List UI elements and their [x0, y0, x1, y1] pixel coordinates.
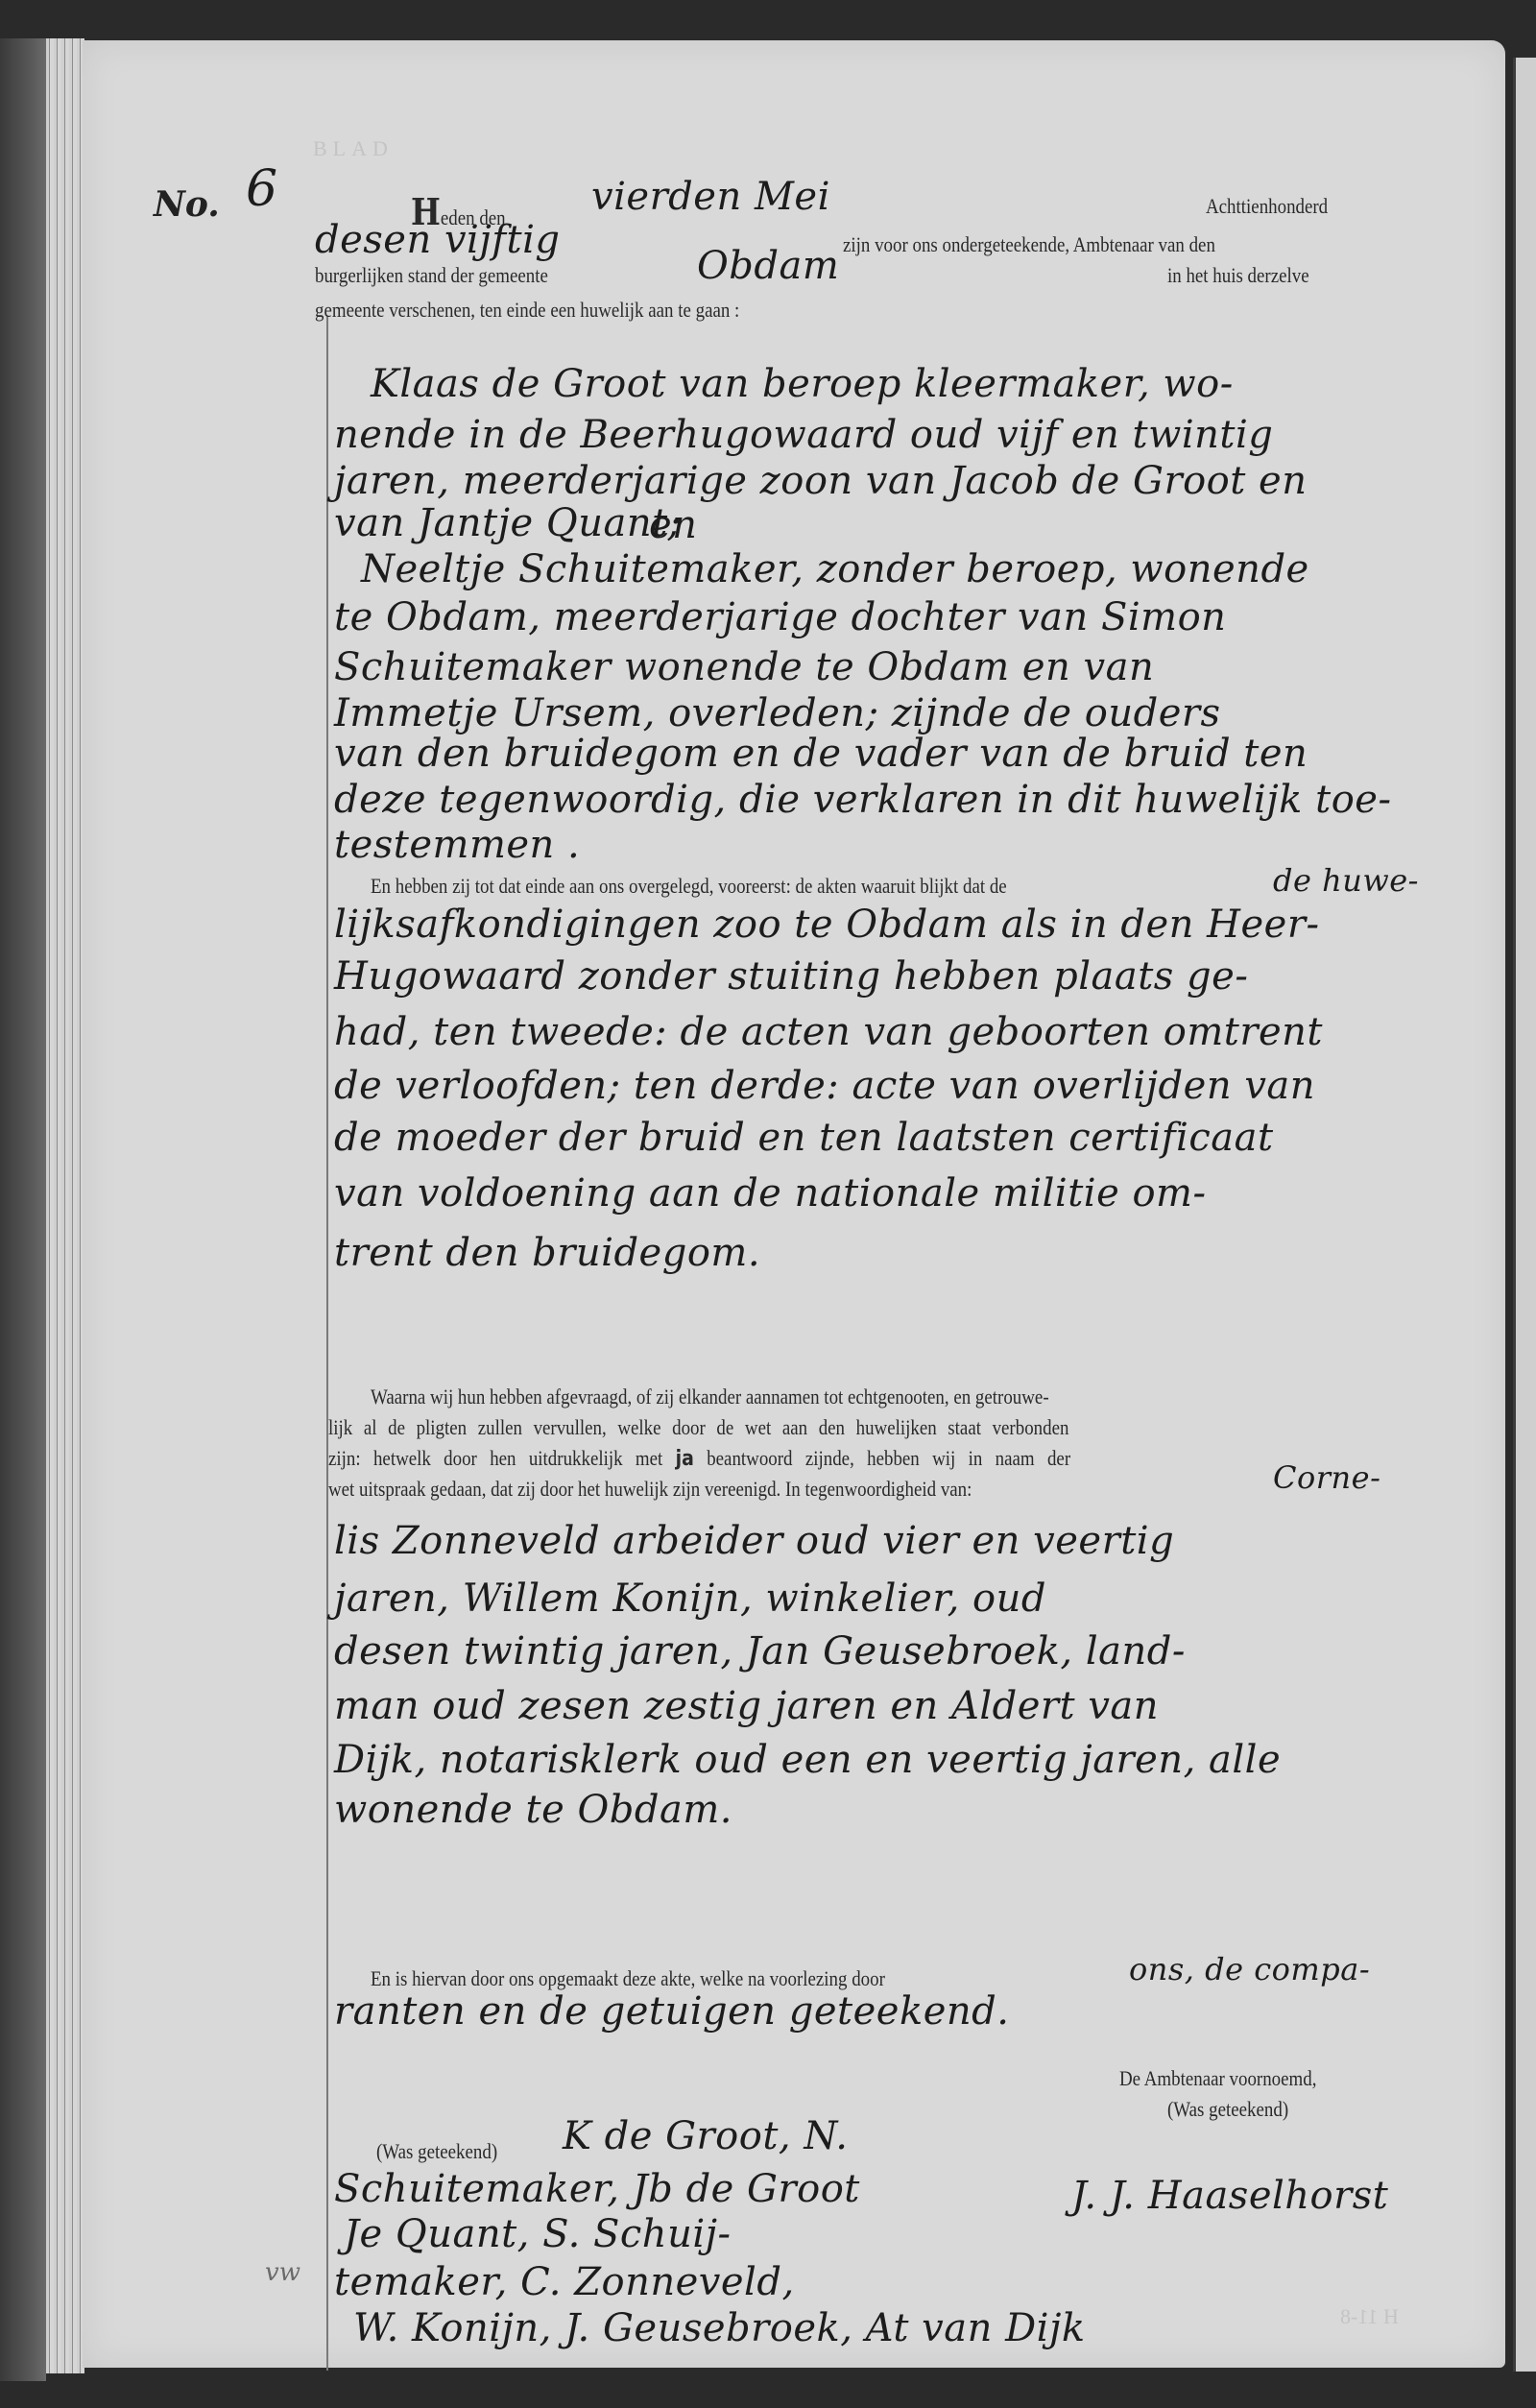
and-conjunction: en: [649, 503, 697, 547]
record-number: 6: [246, 160, 278, 218]
signature-line: Je Quant, S. Schuij-: [344, 2212, 732, 2256]
party-line: Klaas de Groot van beroep kleermaker, wo…: [371, 362, 1234, 406]
closing-hand-2: ranten en de getuigen geteekend.: [334, 1989, 1009, 2034]
year-handwritten: desen vijftig: [315, 218, 561, 262]
documents-line: van voldoening aan de nationale militie …: [334, 1171, 1207, 1216]
documents-line: Hugowaard zonder stuiting hebben plaats …: [334, 954, 1248, 999]
witness-line: lis Zonneveld arbeider oud vier en veert…: [334, 1519, 1174, 1563]
ceremony-line: Waarna wij hun hebben afgevraagd, of zij…: [371, 1385, 1049, 1409]
official-label: De Ambtenaar voornoemd,: [1119, 2066, 1316, 2091]
header-line-3-left: burgerlijken stand der gemeente: [315, 263, 548, 288]
bleed-through-mark: H 11-8: [1340, 2304, 1399, 2329]
ceremony-line: lijk al de pligten zullen vervullen, wel…: [328, 1415, 1068, 1440]
signatures-signed-label: (Was geteekend): [376, 2139, 497, 2164]
documents-line: lijksafkondigingen zoo te Obdam als in d…: [334, 903, 1319, 947]
official-signature: J. J. Haaselhorst: [1071, 2174, 1388, 2218]
official-signed-label: (Was geteekend): [1167, 2097, 1288, 2122]
party-line: Schuitemaker wonende te Obdam en van: [334, 645, 1154, 689]
party-line: van Jantje Quant;: [334, 501, 682, 545]
signature-line: K de Groot, N.: [563, 2114, 849, 2158]
bleed-through-header: BLAD: [313, 136, 394, 161]
party-line: testemmen .: [334, 823, 580, 867]
party-line: jaren, meerderjarige zoon van Jacob de G…: [334, 459, 1307, 503]
register-page: BLAD No. 6 Heden den vierden Mei Achttie…: [83, 40, 1505, 2368]
party-line: nende in de Beerhugowaard oud vijf en tw…: [334, 413, 1273, 457]
documents-line: de huwe-: [1273, 862, 1419, 899]
witness-line: desen twintig jaren, Jan Geusebroek, lan…: [334, 1629, 1186, 1674]
ceremony-line: zijn: hetwelk door hen uitdrukkelijk met…: [328, 1446, 1070, 1471]
documents-line: had, ten tweede: de acten van geboorten …: [334, 1010, 1323, 1054]
header-line-3-right: in het huis derzelve: [1167, 263, 1309, 288]
header-line-4: gemeente verschenen, ten einde een huwel…: [315, 298, 739, 323]
closing-print: En is hiervan door ons opgemaakt deze ak…: [371, 1966, 885, 1991]
signature-line: temaker, C. Zonneveld,: [334, 2260, 795, 2304]
signature-line: Schuitemaker, Jb de Groot: [334, 2167, 860, 2211]
witness-line: jaren, Willem Konijn, winkelier, oud: [334, 1577, 1046, 1621]
municipality-handwritten: Obdam: [697, 244, 839, 288]
page-stack-edges: [46, 38, 84, 2373]
book-binding: [0, 38, 46, 2381]
year-prefix: Achttienhonderd: [1206, 194, 1328, 219]
margin-rule: [326, 316, 328, 2371]
header-line-2: zijn voor ons ondergeteekende, Ambtenaar…: [843, 232, 1215, 257]
closing-hand-1: ons, de compa-: [1129, 1951, 1370, 1987]
adjacent-page-edge: [1513, 58, 1536, 2372]
record-number-label: No.: [154, 184, 220, 225]
witness-line: man oud zesen zestig jaren en Aldert van: [334, 1684, 1159, 1728]
documents-line: trent den bruidegom.: [334, 1231, 760, 1275]
signature-line: W. Konijn, J. Geusebroek, At van Dijk: [353, 2306, 1086, 2350]
ceremony-line: wet uitspraak gedaan, dat zij door het h…: [328, 1477, 972, 1502]
documents-intro: En hebben zij tot dat einde aan ons over…: [371, 874, 1007, 899]
witness-line: Dijk, notarisklerk oud een en veertig ja…: [334, 1738, 1281, 1782]
margin-note: vw: [265, 2258, 300, 2287]
party-line: deze tegenwoordig, die verklaren in dit …: [334, 778, 1391, 822]
party-line: van den bruidegom en de vader van de bru…: [334, 732, 1308, 776]
witness-line: Corne-: [1273, 1459, 1380, 1496]
party-line: Neeltje Schuitemaker, zonder beroep, won…: [361, 547, 1309, 591]
documents-line: de moeder der bruid en ten laatsten cert…: [334, 1116, 1274, 1160]
ja-bold: ja: [676, 1447, 694, 1471]
witness-line: wonende te Obdam.: [334, 1788, 732, 1832]
party-line: Immetje Ursem, overleden; zijnde de oude…: [334, 691, 1221, 735]
date-handwritten: vierden Mei: [591, 175, 830, 219]
documents-line: de verloofden; ten derde: acte van overl…: [334, 1064, 1315, 1108]
party-line: te Obdam, meerderjarige dochter van Simo…: [334, 595, 1226, 639]
